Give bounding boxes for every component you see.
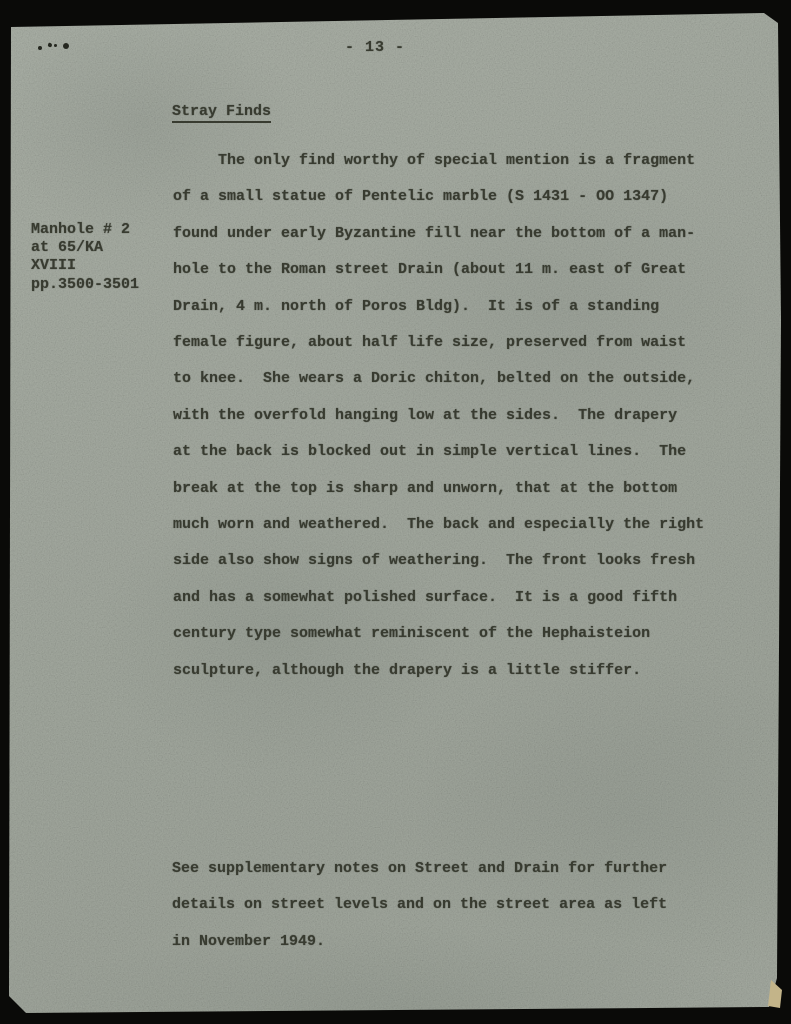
punch-dot	[47, 42, 52, 47]
text-line: century type somewhat reminiscent of the…	[173, 616, 704, 652]
text-line: See supplementary notes on Street and Dr…	[172, 851, 667, 887]
text-line: female figure, about half life size, pre…	[173, 325, 704, 361]
text-line: break at the top is sharp and unworn, th…	[173, 471, 704, 507]
text-line: in November 1949.	[172, 924, 667, 960]
text-line: Manhole # 2	[31, 221, 139, 239]
footer-note: See supplementary notes on Street and Dr…	[172, 851, 667, 960]
scan-frame: - 13 - Stray Finds Manhole # 2at 65/KAXV…	[0, 0, 791, 1024]
text-line: XVIII	[31, 257, 139, 275]
section-heading-text: Stray Finds	[172, 103, 271, 123]
body-paragraph: The only find worthy of special mention …	[173, 143, 704, 689]
text-line: The only find worthy of special mention …	[173, 143, 704, 179]
text-line: with the overfold hanging low at the sid…	[173, 398, 704, 434]
text-line: at 65/KA	[31, 239, 139, 257]
paper-sheet: - 13 - Stray Finds Manhole # 2at 65/KAXV…	[0, 0, 791, 1024]
text-line: and has a somewhat polished surface. It …	[173, 580, 704, 616]
text-line: at the back is blocked out in simple ver…	[173, 434, 704, 470]
text-line: Drain, 4 m. north of Poros Bldg). It is …	[173, 289, 704, 325]
punch-dot	[54, 44, 57, 47]
page-number: - 13 -	[345, 39, 405, 56]
margin-note: Manhole # 2at 65/KAXVIIIpp.3500-3501	[31, 221, 139, 294]
section-heading: Stray Finds	[172, 103, 271, 123]
text-line: of a small statue of Pentelic marble (S …	[173, 179, 704, 215]
text-line: sculpture, although the drapery is a lit…	[173, 653, 704, 689]
text-line: side also show signs of weathering. The …	[173, 543, 704, 579]
text-line: details on street levels and on the stre…	[172, 887, 667, 923]
punch-dot	[63, 43, 69, 49]
text-line: hole to the Roman street Drain (about 11…	[173, 252, 704, 288]
text-line: found under early Byzantine fill near th…	[173, 216, 704, 252]
text-line: much worn and weathered. The back and es…	[173, 507, 704, 543]
text-line: to knee. She wears a Doric chiton, belte…	[173, 361, 704, 397]
text-line: pp.3500-3501	[31, 276, 139, 294]
punch-dot	[38, 46, 42, 50]
